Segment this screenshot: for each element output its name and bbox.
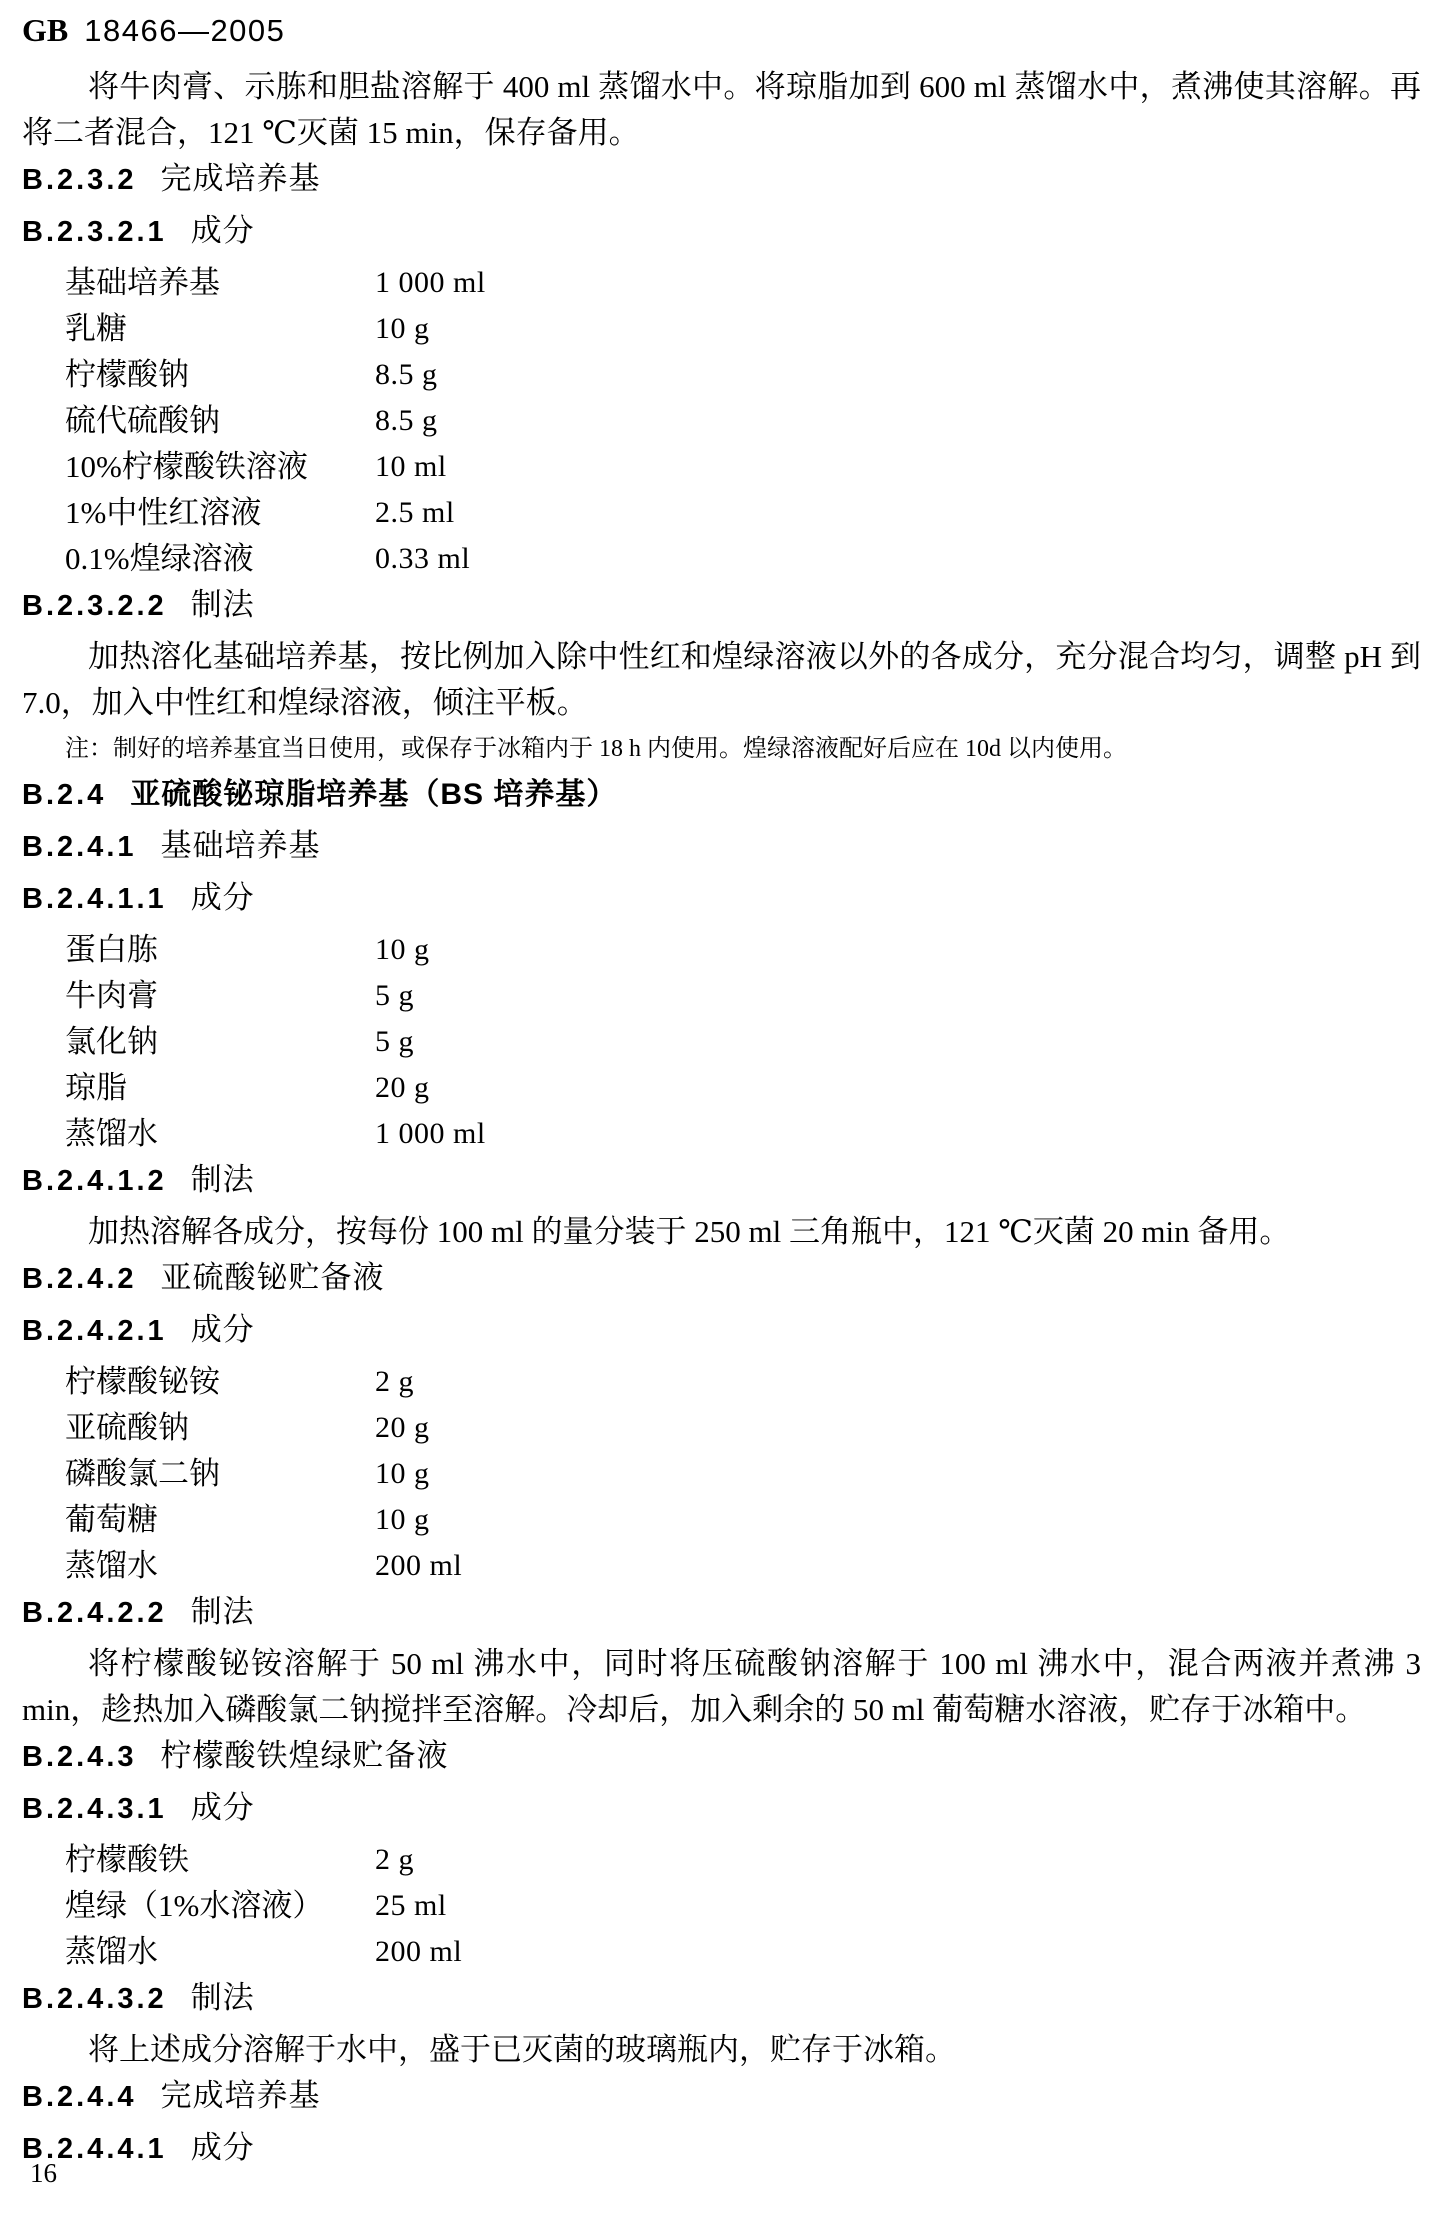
section-heading: B.2.4.4完成培养基 [22,2073,1421,2125]
section-number: B.2.4.1.2 [22,1165,167,1197]
section-title: 制法 [191,1594,255,1629]
section-number: B.2.4.1.1 [22,883,167,915]
section-heading: B.2.4.2.2制法 [22,1589,1421,1641]
ingredient-amount: 0.33 ml [375,536,470,582]
ingredient-amount: 1 000 ml [375,260,486,306]
ingredient-name: 蛋白胨 [65,932,158,967]
ingredient-row: 蒸馏水 200 ml [22,1929,1421,1975]
ingredient-name: 氯化钠 [65,1024,158,1059]
paragraph: 将牛肉膏、示胨和胆盐溶解于 400 ml 蒸馏水中。将琼脂加到 600 ml 蒸… [22,64,1421,156]
section-heading: B.2.4.3柠檬酸铁煌绿贮备液 [22,1733,1421,1785]
ingredient-row: 柠檬酸铋铵 2 g [22,1359,1421,1405]
section-number: B.2.4.2.2 [22,1597,167,1629]
ingredient-row: 柠檬酸钠 8.5 g [22,352,1421,398]
ingredient-amount: 25 ml [375,1883,447,1929]
section-number: B.2.4.1 [22,831,137,863]
page-header: GB18466—2005 [22,12,285,49]
ingredient-name: 基础培养基 [65,265,220,300]
ingredient-name: 蒸馏水 [65,1934,158,1969]
ingredient-row: 蒸馏水 1 000 ml [22,1111,1421,1157]
ingredient-name: 柠檬酸铋铵 [65,1364,220,1399]
ingredient-row: 1%中性红溶液 2.5 ml [22,490,1421,536]
ingredient-row: 柠檬酸铁 2 g [22,1837,1421,1883]
standard-code: GB [22,12,68,48]
section-number: B.2.3.2.2 [22,590,167,622]
note: 注：制好的培养基宜当日使用，或保存于冰箱内于 18 h 内使用。煌绿溶液配好后应… [22,726,1421,772]
section-title: 成分 [191,213,255,248]
section-number: B.2.4.4 [22,2081,137,2113]
ingredient-row: 琼脂 20 g [22,1065,1421,1111]
ingredient-amount: 2 g [375,1837,414,1883]
section-heading: B.2.4亚硫酸铋琼脂培养基（BS 培养基） [22,772,1421,823]
ingredient-amount: 200 ml [375,1543,462,1589]
section-heading: B.2.3.2.1成分 [22,208,1421,260]
section-heading: B.2.4.1基础培养基 [22,823,1421,875]
ingredient-row: 10%柠檬酸铁溶液 10 ml [22,444,1421,490]
ingredient-amount: 10 g [375,1451,430,1497]
section-title: 成分 [191,1790,255,1825]
section-number: B.2.3.2 [22,164,137,196]
section-title: 完成培养基 [161,161,321,196]
section-heading: B.2.3.2完成培养基 [22,156,1421,208]
section-number: B.2.4.2.1 [22,1315,167,1347]
section-title: 成分 [191,2130,255,2165]
ingredient-amount: 8.5 g [375,398,438,444]
ingredient-amount: 10 g [375,927,430,973]
ingredient-amount: 2 g [375,1359,414,1405]
section-title: 制法 [191,587,255,622]
ingredient-name: 乳糖 [65,311,127,346]
ingredient-amount: 20 g [375,1405,430,1451]
ingredient-amount: 200 ml [375,1929,462,1975]
section-title: 基础培养基 [161,828,321,863]
section-heading: B.2.4.1.1成分 [22,875,1421,927]
ingredient-row: 乳糖 10 g [22,306,1421,352]
section-number: B.2.4 [22,779,106,811]
section-number: B.2.4.3 [22,1741,137,1773]
section-heading: B.2.4.2亚硫酸铋贮备液 [22,1255,1421,1307]
ingredient-row: 葡萄糖 10 g [22,1497,1421,1543]
ingredient-row: 牛肉膏 5 g [22,973,1421,1019]
section-title: 完成培养基 [161,2078,321,2113]
section-number: B.2.4.2 [22,1263,137,1295]
ingredient-name: 琼脂 [65,1070,127,1105]
ingredient-name: 柠檬酸钠 [65,357,189,392]
document-body: 将牛肉膏、示胨和胆盐溶解于 400 ml 蒸馏水中。将琼脂加到 600 ml 蒸… [22,64,1421,2177]
standard-number: 18466—2005 [84,13,285,48]
section-title: 成分 [191,1312,255,1347]
section-title: 亚硫酸铋贮备液 [161,1260,385,1295]
ingredient-row: 0.1%煌绿溶液 0.33 ml [22,536,1421,582]
ingredient-row: 硫代硫酸钠 8.5 g [22,398,1421,444]
ingredient-name: 1%中性红溶液 [65,495,261,530]
ingredient-name: 蒸馏水 [65,1116,158,1151]
ingredient-name: 煌绿（1%水溶液） [65,1888,323,1923]
ingredient-row: 氯化钠 5 g [22,1019,1421,1065]
ingredient-name: 硫代硫酸钠 [65,403,220,438]
section-heading: B.2.3.2.2制法 [22,582,1421,634]
section-number: B.2.4.3.2 [22,1983,167,2015]
section-number: B.2.4.3.1 [22,1793,167,1825]
ingredient-row: 基础培养基 1 000 ml [22,260,1421,306]
paragraph: 加热溶解各成分，按每份 100 ml 的量分装于 250 ml 三角瓶中，121… [22,1209,1421,1255]
section-title: 成分 [191,880,255,915]
ingredient-row: 亚硫酸钠 20 g [22,1405,1421,1451]
ingredient-name: 柠檬酸铁 [65,1842,189,1877]
ingredient-amount: 10 g [375,1497,430,1543]
section-heading: B.2.4.2.1成分 [22,1307,1421,1359]
ingredient-amount: 2.5 ml [375,490,455,536]
ingredient-name: 0.1%煌绿溶液 [65,541,254,576]
ingredient-amount: 5 g [375,973,414,1019]
ingredient-amount: 20 g [375,1065,430,1111]
section-heading: B.2.4.3.1成分 [22,1785,1421,1837]
ingredient-amount: 5 g [375,1019,414,1065]
ingredient-row: 磷酸氯二钠 10 g [22,1451,1421,1497]
ingredient-amount: 1 000 ml [375,1111,486,1157]
section-title: 制法 [191,1980,255,2015]
ingredient-name: 磷酸氯二钠 [65,1456,220,1491]
paragraph: 加热溶化基础培养基，按比例加入除中性红和煌绿溶液以外的各成分，充分混合均匀，调整… [22,634,1421,726]
ingredient-amount: 10 ml [375,444,447,490]
section-heading: B.2.4.1.2制法 [22,1157,1421,1209]
section-heading: B.2.4.3.2制法 [22,1975,1421,2027]
ingredient-row: 蒸馏水 200 ml [22,1543,1421,1589]
ingredient-row: 煌绿（1%水溶液） 25 ml [22,1883,1421,1929]
ingredient-row: 蛋白胨 10 g [22,927,1421,973]
ingredient-amount: 8.5 g [375,352,438,398]
ingredient-name: 牛肉膏 [65,978,158,1013]
document-page: GB18466—2005 将牛肉膏、示胨和胆盐溶解于 400 ml 蒸馏水中。将… [0,0,1437,2222]
paragraph: 将柠檬酸铋铵溶解于 50 ml 沸水中，同时将压硫酸钠溶解于 100 ml 沸水… [22,1641,1421,1733]
ingredient-amount: 10 g [375,306,430,352]
section-title: 柠檬酸铁煌绿贮备液 [161,1738,449,1773]
paragraph: 将上述成分溶解于水中，盛于已灭菌的玻璃瓶内，贮存于冰箱。 [22,2027,1421,2073]
ingredient-name: 亚硫酸钠 [65,1410,189,1445]
section-title: 制法 [191,1162,255,1197]
ingredient-name: 蒸馏水 [65,1548,158,1583]
section-number: B.2.3.2.1 [22,216,167,248]
section-title: 亚硫酸铋琼脂培养基（BS 培养基） [130,778,617,811]
ingredient-name: 葡萄糖 [65,1502,158,1537]
section-heading: B.2.4.4.1成分 [22,2125,1421,2177]
page-number: 16 [30,2150,57,2196]
ingredient-name: 10%柠檬酸铁溶液 [65,449,308,484]
